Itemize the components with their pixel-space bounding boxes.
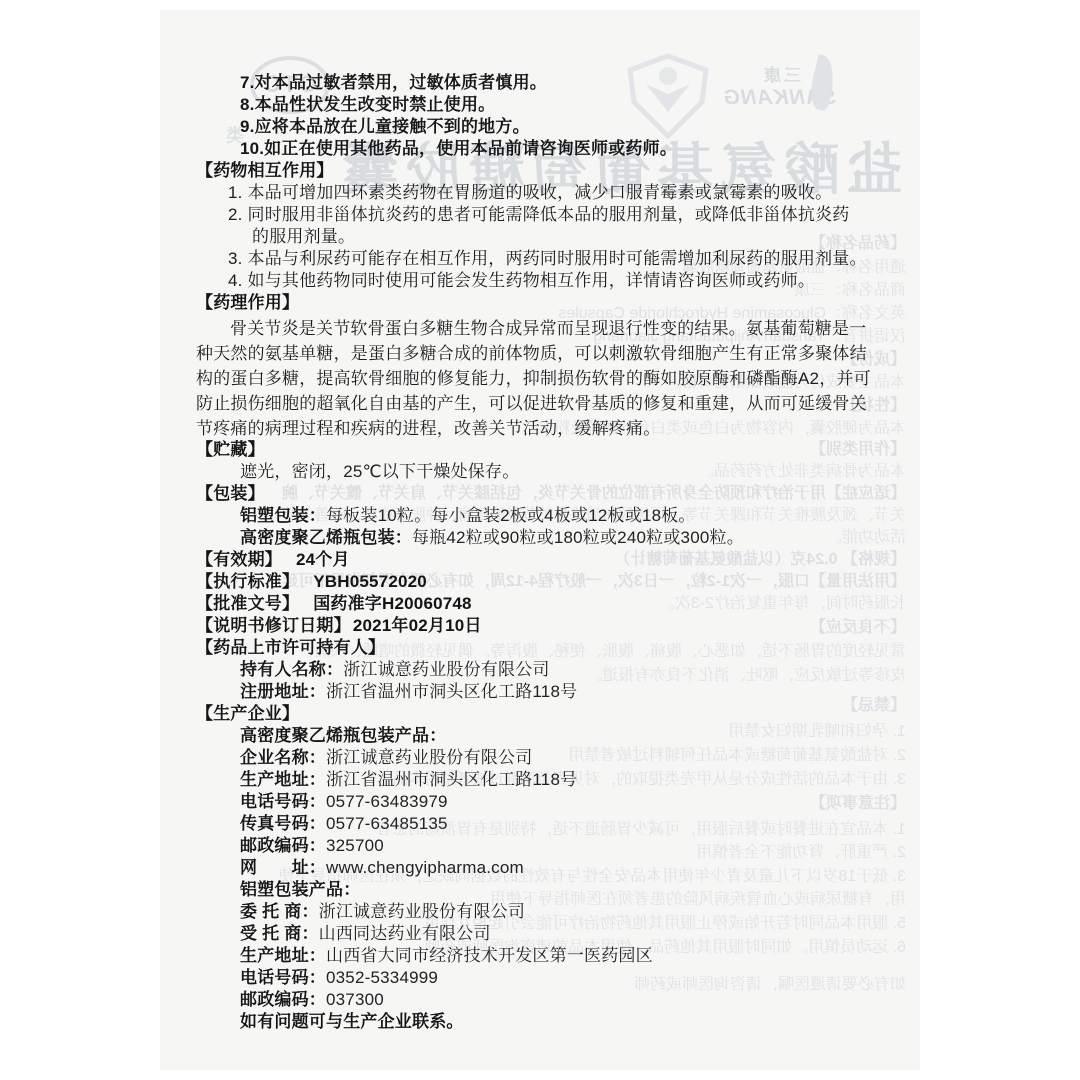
pharmacology-paragraph: 骨关节炎是关节软骨蛋白多糖生物合成异常而呈现退行性变的结果。氨基葡萄糖是一 种天… <box>196 314 904 439</box>
packaging-blister-line: 铝塑包装：每板装10粒。每小盒装2板或4板或12板或18板。 <box>196 505 904 527</box>
bottle-phone-row: 电话号码：0577-63483979 <box>196 791 904 813</box>
bottle-fax-row: 传真号码：0577-63485135 <box>196 813 904 835</box>
blister-consignee-row: 受 托 商：山西同达药业有限公司 <box>196 923 904 945</box>
precaution-item-10: 10.如正在使用其他药品，使用本品前请咨询医师或药师。 <box>196 138 904 160</box>
mah-holder-row: 持有人名称：浙江诚意药业股份有限公司 <box>196 659 904 681</box>
revision-date-line: 【说明书修订日期】2021年02月10日 <box>196 615 904 637</box>
mah-address-row: 注册地址：浙江省温州市洞头区化工路118号 <box>196 681 904 703</box>
interaction-item-3: 3. 本品与利尿药可能存在相互作用，两药同时服用时可能需增加利尿药的服用剂量。 <box>196 248 904 270</box>
section-heading-storage: 【贮藏】 <box>196 439 904 461</box>
blister-address-row: 生产地址：山西省大同市经济技术开发区第一医药园区 <box>196 945 904 967</box>
section-heading-mah: 【药品上市许可持有人】 <box>196 637 904 659</box>
paper-sheet: OTC 类 三康 SANKANG 盐酸氨基葡萄糖胶囊 【药品名称】 通用名称：盐… <box>160 10 920 1070</box>
insert-text-column: 7.对本品过敏者禁用，过敏体质者慎用。 8.本品性状发生改变时禁止使用。 9.应… <box>196 72 904 1033</box>
precaution-item-8: 8.本品性状发生改变时禁止使用。 <box>196 94 904 116</box>
bottle-address-row: 生产地址：浙江省温州市洞头区化工路118号 <box>196 769 904 791</box>
interaction-item-4: 4. 如与其他药物同时使用可能会发生药物相互作用，详情请咨询医师或药师。 <box>196 270 904 292</box>
precaution-item-7: 7.对本品过敏者禁用，过敏体质者慎用。 <box>196 72 904 94</box>
bottle-products-title: 高密度聚乙烯瓶包装产品： <box>196 725 904 747</box>
bottle-company-row: 企业名称：浙江诚意药业股份有限公司 <box>196 747 904 769</box>
approval-number-line: 【批准文号】国药准字H20060748 <box>196 593 904 615</box>
contact-note: 如有问题可与生产企业联系。 <box>196 1011 904 1033</box>
section-heading-packaging: 【包装】 <box>196 483 904 505</box>
package-insert-scan: OTC 类 三康 SANKANG 盐酸氨基葡萄糖胶囊 【药品名称】 通用名称：盐… <box>0 0 1080 1080</box>
bottle-website-row: 网 址：www.chengyipharma.com <box>196 857 904 879</box>
validity-line: 【有效期】24个月 <box>196 549 904 571</box>
packaging-bottle-line: 高密度聚乙烯瓶包装：每瓶42粒或90粒或180粒或240粒或300粒。 <box>196 527 904 549</box>
blister-products-title: 铝塑包装产品： <box>196 879 904 901</box>
section-heading-pharmacology: 【药理作用】 <box>196 292 904 314</box>
precaution-item-9: 9.应将本品放在儿童接触不到的地方。 <box>196 116 904 138</box>
blister-postcode-row: 邮政编码：037300 <box>196 989 904 1011</box>
bottle-postcode-row: 邮政编码：325700 <box>196 835 904 857</box>
blister-phone-row: 电话号码：0352-5334999 <box>196 967 904 989</box>
section-heading-manufacturer: 【生产企业】 <box>196 703 904 725</box>
blister-consignor-row: 委 托 商：浙江诚意药业股份有限公司 <box>196 901 904 923</box>
interaction-item-2: 2. 同时服用非甾体抗炎药的患者可能需降低本品的服用剂量，或降低非甾体抗炎药 的… <box>196 204 904 248</box>
section-heading-drug-interactions: 【药物相互作用】 <box>196 160 904 182</box>
storage-text: 遮光，密闭，25℃以下干燥处保存。 <box>240 462 519 481</box>
interaction-item-1: 1. 本品可增加四环素类药物在胃肠道的吸收，减少口服青霉素或氯霉素的吸收。 <box>196 182 904 204</box>
standard-line: 【执行标准】YBH05572020 <box>196 571 904 593</box>
